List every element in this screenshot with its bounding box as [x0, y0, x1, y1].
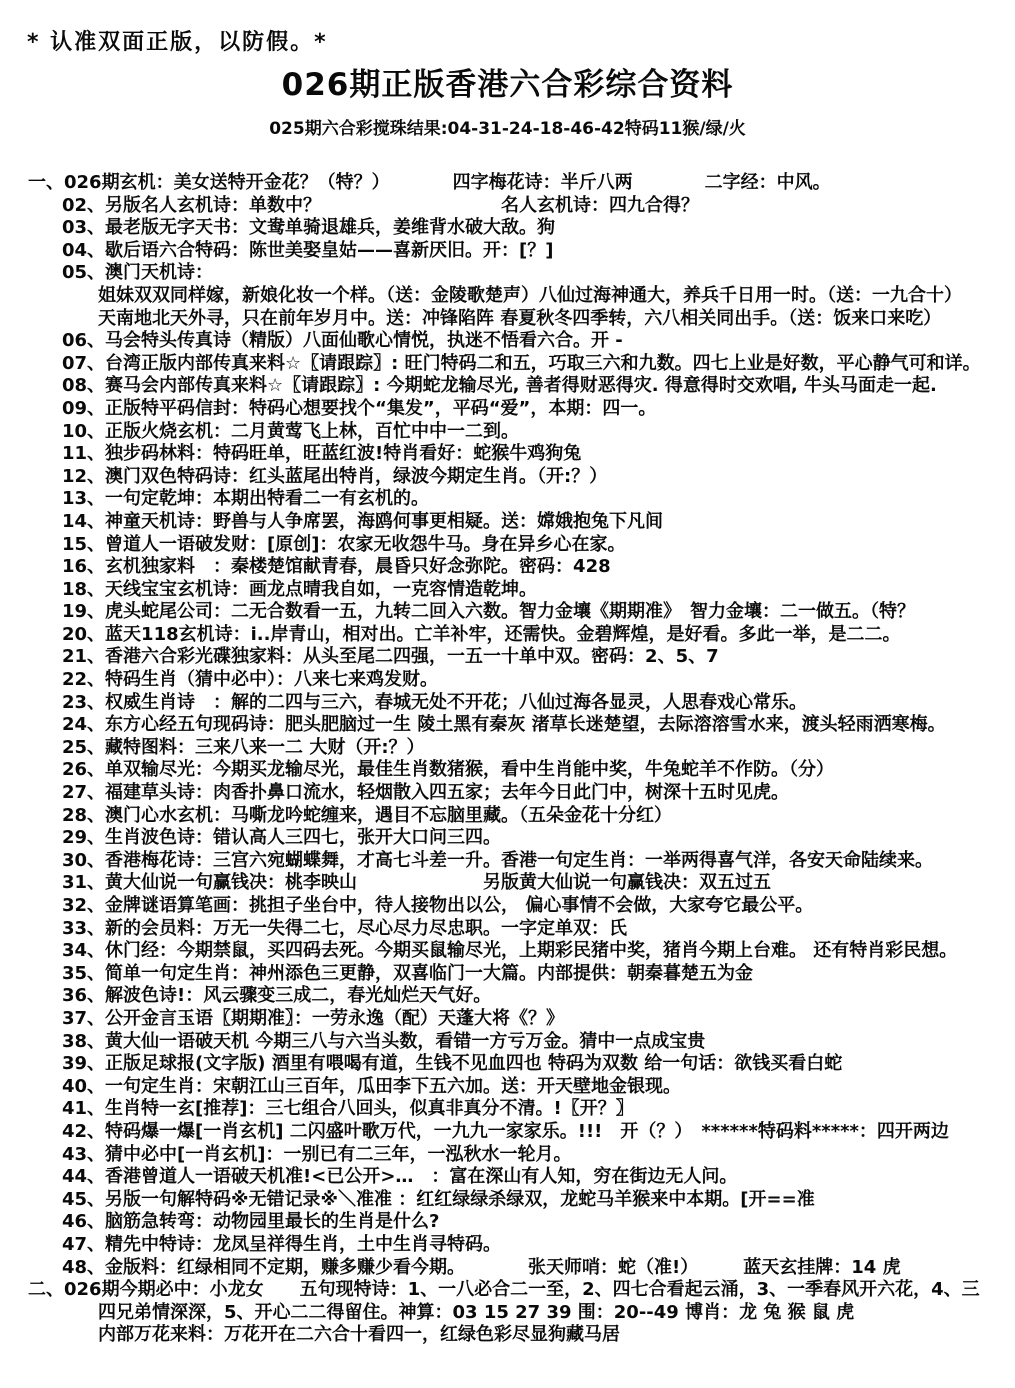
text-line: 41、生肖特一玄[推荐]：三七组合八回头，似真非真分不清。!〖开？〗 [0, 1098, 1015, 1121]
text-line: 11、独步码林料：特码旺单，旺蓝红波!特肖看好：蛇猴牛鸡狗兔 [0, 443, 1015, 466]
text-line: 08、赛马会内部传真来料☆〖请跟踪〗: 今期蛇龙输尽光, 善者得财恶得灾. 得意… [0, 375, 1015, 398]
text-line: 26、单双输尽光：今期买龙输尽光，最佳生肖数猪猴，看中生肖能中奖，牛兔蛇羊不作防… [0, 759, 1015, 782]
text-line: 10、正版火烧玄机：二月黄莺飞上林，百忙中中一二到。 [0, 421, 1015, 444]
text-line: 24、东方心经五句现码诗：肥头肥脑过一生 陵土黑有秦灰 渚草长迷楚望，去际溶溶雪… [0, 714, 1015, 737]
text-line: 03、最老版无字天书：文鸯单骑退雄兵，姜维背水破大敌。狗 [0, 217, 1015, 240]
text-line: 姐妹双双同样嫁，新娘化妆一个样。（送：金陵歌楚声）八仙过海神通大，养兵千日用一时… [0, 285, 1015, 308]
text-line: 32、金牌谜语算笔画：挑担子坐台中，待人接物出以公， 偏心事情不会做，大家夸它最… [0, 895, 1015, 918]
text-line: 16、玄机独家料 ：秦楼楚馆献青春，晨昏只好念弥陀。密码：428 [0, 556, 1015, 579]
text-line: 15、曾道人一语破发财：[原创]：农家无收怨牛马。身在异乡心在家。 [0, 534, 1015, 557]
text-line: 37、公开金言玉语〖期期准〗：一劳永逸（配）天蓬大将《？》 [0, 1008, 1015, 1031]
text-line: 05、澳门天机诗： [0, 262, 1015, 285]
text-line: 04、歇后语六合特码：陈世美娶皇姑——喜新厌旧。开：[？] [0, 240, 1015, 263]
text-line: 48、金版料：红绿相同不定期，赚多赚少看今期。 张天师哨：蛇（准!） 蓝天玄挂牌… [0, 1257, 1015, 1280]
text-line: 22、特码生肖（猜中必中）：八来七来鸡发财。 [0, 669, 1015, 692]
text-line: 21、香港六合彩光碟独家料：从头至尾二四强，一五一十单中双。密码：2、5、7 [0, 646, 1015, 669]
text-line: 36、解波色诗!：风云骤变三成二，春光灿烂天气好。 [0, 985, 1015, 1008]
text-line: 44、香港曾道人一语破天机准!<已公开>… ：富在深山有人知，穷在街边无人问。 [0, 1166, 1015, 1189]
text-line: 40、一句定生肖：宋朝江山三百年，瓜田李下五六加。送：开天壁地金银现。 [0, 1076, 1015, 1099]
text-line: 42、特码爆一爆[一肖玄机] 二闪盛叶歌万代，一九九一家家乐。!!! 开（？） … [0, 1121, 1015, 1144]
text-line: 33、新的会员料：万无一失得二七，尽心尽力尽忠职。一字定单双：氏 [0, 918, 1015, 941]
text-line: 23、权威生肖诗 ：解的二四与三六，春城无处不开花；八仙过海各显灵，人思春戏心常… [0, 692, 1015, 715]
text-line: 一、026期玄机：美女送特开金花？（特？） 四字梅花诗：半斤八两 二字经：中风。 [0, 172, 1015, 195]
text-line: 29、生肖波色诗：错认高人三四七，张开大口问三四。 [0, 827, 1015, 850]
text-line: 34、休门经：今期禁鼠，买四码去死。今期买鼠输尽光，上期彩民猪中奖，猪肖今期上台… [0, 940, 1015, 963]
text-line: 30、香港梅花诗：三宫六宛蝴蝶舞，才高七斗差一升。香港一句定生肖：一举两得喜气洋… [0, 850, 1015, 873]
text-line: 43、猜中必中[一肖玄机]：一别已有二三年，一泓秋水一轮月。 [0, 1144, 1015, 1167]
text-line: 天南地北天外寻，只在前年岁月中。送：冲锋陷阵 春夏秋冬四季转，六八相关同出手。（… [0, 308, 1015, 331]
text-line: 内部万花来料：万花开在二六合十看四一，红绿色彩尽显狗藏马居 [0, 1324, 1015, 1347]
text-line: 四兄弟情深深，5、开心二二得留住。神算：03 15 27 39 围：20--49… [0, 1302, 1015, 1325]
text-line: 47、精先中特诗：龙凤呈祥得生肖，土中生肖寻特码。 [0, 1234, 1015, 1257]
text-line: 45、另版一句解特码※无错记录※＼准准 ：红红绿绿杀绿双，龙蛇马羊猴来中本期。[… [0, 1189, 1015, 1212]
text-line: 06、马会特头传真诗（精版）八面仙歌心情悦，执迷不悟看六合。开 - [0, 330, 1015, 353]
text-line: 18、天线宝宝玄机诗：画龙点晴我自如，一克容情造乾坤。 [0, 579, 1015, 602]
text-line: 28、澳门心水玄机：马嘶龙吟蛇缠来，遇目不忘脑里藏。（五朵金花十分红） [0, 805, 1015, 828]
text-line: 27、福建草头诗：肉香扑鼻口流水，轻烟散入四五家；去年今日此门中，树深十五时见虎… [0, 782, 1015, 805]
text-line: 二、026期今期必中：小龙女 五句现特诗：1、一八必合二一至，2、四七合看起云涌… [0, 1279, 1015, 1302]
text-line: 25、藏特图料：三来八来一二 大财（开:？） [0, 737, 1015, 760]
text-line: 09、正版特平码信封：特码心想要找个“集发”，平码“爱”，本期：四一。 [0, 398, 1015, 421]
text-line: 38、黄大仙一语破天机 今期三八与六当头数，看错一方亏万金。猜中一点成宝贵 [0, 1031, 1015, 1054]
text-line: 20、蓝天118玄机诗：ⅰ..岸青山，相对出。亡羊补牢，还需快。金碧辉煌，是好看… [0, 624, 1015, 647]
text-line: 13、一句定乾坤：本期出特看二一有玄机的。 [0, 488, 1015, 511]
text-line: 35、简单一句定生肖：神州添色三更静，双喜临门一大篇。内部提供：朝秦暮楚五为金 [0, 963, 1015, 986]
lottery-info-sheet: * 认准双面正版，以防假。* 026期正版香港六合彩综合资料 025期六合彩搅珠… [0, 0, 1015, 1388]
text-line: 12、澳门双色特码诗：红头蓝尾出特肖，绿波今期定生肖。（开:？） [0, 466, 1015, 489]
content-lines: 一、026期玄机：美女送特开金花？（特？） 四字梅花诗：半斤八两 二字经：中风。… [0, 172, 1015, 1347]
text-line: 19、虎头蛇尾公司：二无合数看一五，九转二回入六数。智力金壤《期期准》 智力金壤… [0, 601, 1015, 624]
text-line: 39、正版足球报(文字版) 酒里有喂喝有道，生钱不见血四也 特码为双数 给一句话… [0, 1053, 1015, 1076]
page-title: 026期正版香港六合彩综合资料 [0, 66, 1015, 104]
text-line: 14、神童天机诗：野兽与人争席罢，海鸥何事更相疑。送：嫦娥抱兔下凡间 [0, 511, 1015, 534]
authenticity-notice: * 认准双面正版，以防假。* [0, 0, 1015, 56]
previous-draw-result: 025期六合彩搅珠结果:04-31-24-18-46-42特码11猴/绿/火 [0, 118, 1015, 140]
text-line: 46、脑筋急转弯：动物园里最长的生肖是什么? [0, 1211, 1015, 1234]
text-line: 02、另版名人玄机诗：单数中？ 名人玄机诗：四九合得？ [0, 195, 1015, 218]
text-line: 31、黄大仙说一句赢钱决：桃李映山 另版黄大仙说一句赢钱决：双五过五 [0, 872, 1015, 895]
text-line: 07、台湾正版内部传真来料☆〖请跟踪〗: 旺门特码二和五，巧取三六和九数。四七上… [0, 353, 1015, 376]
